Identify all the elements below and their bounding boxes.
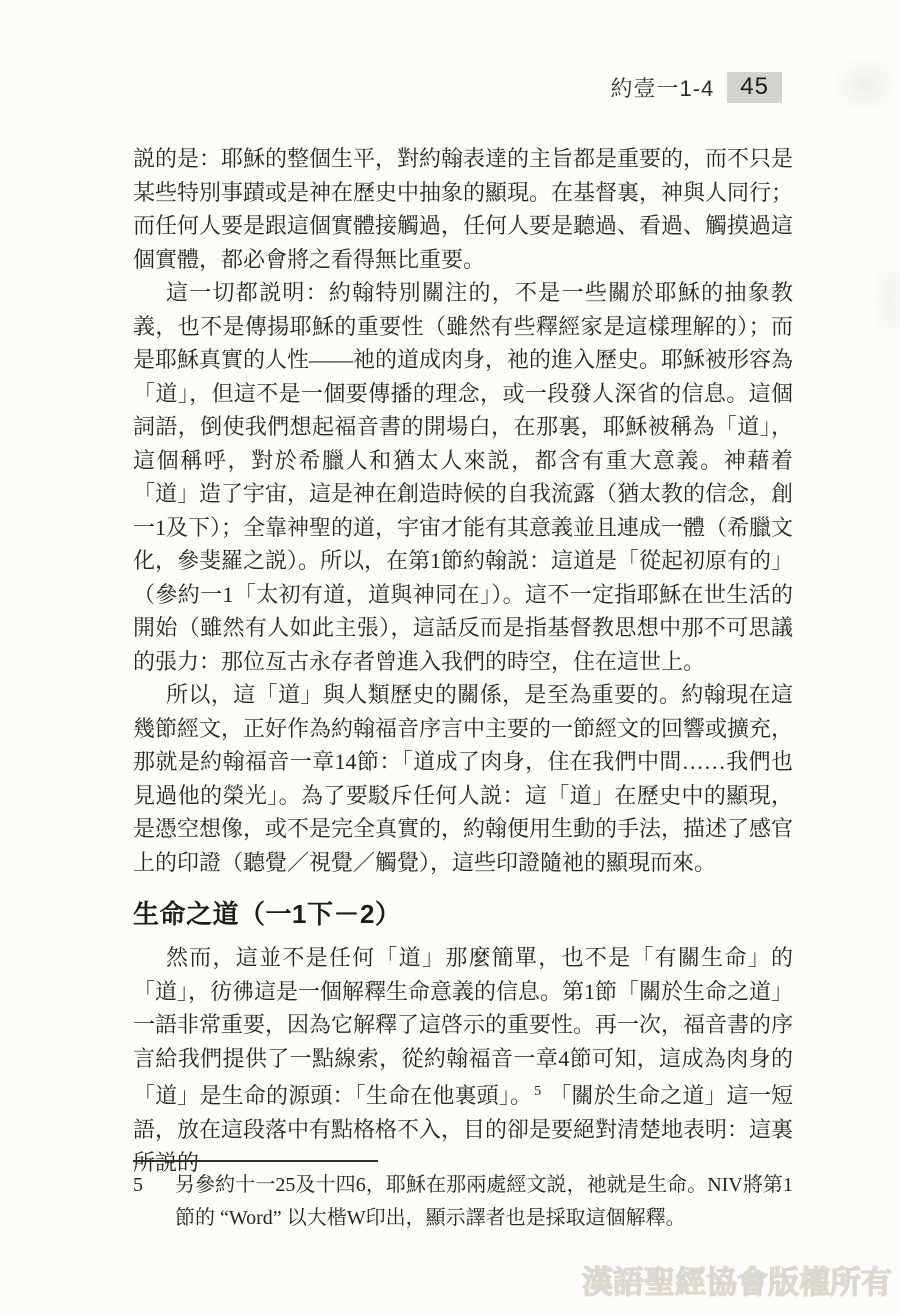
paragraph-3: 所以，這「道」與人類歷史的關係，是至為重要的。約翰現在這幾節經文，正好作為約翰福… bbox=[133, 678, 793, 879]
scan-smudge bbox=[830, 55, 900, 115]
page-number-badge: 45 bbox=[727, 72, 782, 103]
footnote-separator-rule bbox=[133, 1160, 378, 1162]
scanned-book-page: 約壹一1-4 45 説的是：耶穌的整個生平，對約翰表達的主旨都是重要的，而不只是… bbox=[0, 0, 900, 1315]
paragraph-2: 這一切都説明：約翰特別關注的，不是一些關於耶穌的抽象教義，也不是傳揚耶穌的重要性… bbox=[133, 276, 793, 678]
footnote-area: 5 另參約十一25及十四6，耶穌在那兩處經文説，祂就是生命。NIV將第1節的 “… bbox=[133, 1160, 793, 1235]
footnote-reference-5: 5 bbox=[534, 1084, 541, 1099]
paragraph-1: 説的是：耶穌的整個生平，對約翰表達的主旨都是重要的，而不只是某些特別事蹟或是神在… bbox=[133, 142, 793, 276]
section-heading: 生命之道（一1下－2） bbox=[133, 899, 793, 929]
running-header: 約壹一1-4 45 bbox=[610, 72, 782, 103]
paragraph-4: 然而，這並不是任何「道」那麼簡單，也不是「有關生命」的「道」，彷彿這是一個解釋生… bbox=[133, 941, 793, 1180]
body-text: 説的是：耶穌的整個生平，對約翰表達的主旨都是重要的，而不只是某些特別事蹟或是神在… bbox=[133, 142, 793, 1180]
copyright-watermark: 漢語聖經協會版權所有 bbox=[582, 1257, 892, 1302]
header-section-reference: 約壹一1-4 bbox=[610, 72, 714, 103]
scan-smudge bbox=[870, 255, 900, 345]
footnote-marker: 5 bbox=[133, 1169, 143, 1202]
footnote-5: 5 另參約十一25及十四6，耶穌在那兩處經文説，祂就是生命。NIV將第1節的 “… bbox=[133, 1169, 793, 1235]
footnote-text: 另參約十一25及十四6，耶穌在那兩處經文説，祂就是生命。NIV將第1節的 “Wo… bbox=[175, 1174, 793, 1229]
